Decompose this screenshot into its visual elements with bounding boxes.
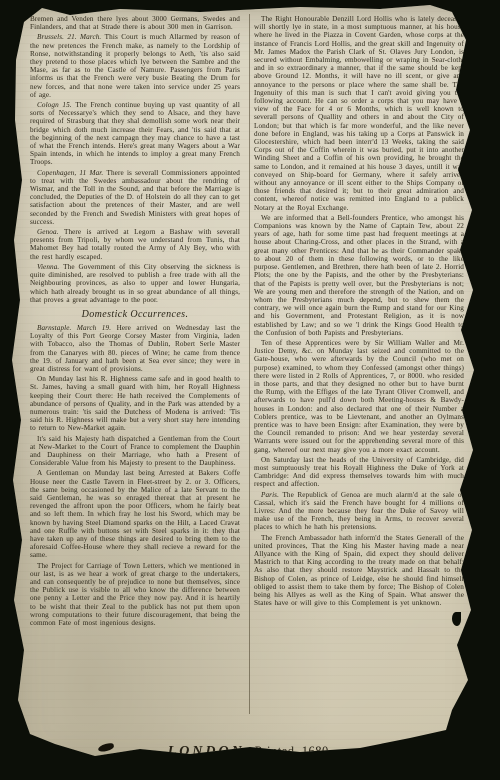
news-paragraph: Barnstaple. March 19. Here arrived on We…	[30, 324, 240, 373]
dateline: Copenhagen, 11 Mar.	[37, 169, 106, 177]
news-paragraph: We are informed that a Bell-founders Pre…	[254, 214, 464, 337]
news-paragraph: Bremen and Venden there lyes about 3000 …	[30, 15, 240, 31]
news-paragraph: On Saturday last the heads of the Univer…	[254, 456, 464, 489]
news-paragraph: Cologn 15. The French continue buying up…	[30, 101, 240, 167]
news-paragraph: The Project for Carriage of Town Letters…	[30, 562, 240, 628]
ink-blot	[97, 742, 114, 753]
dateline: Barnstaple. March 19.	[37, 324, 117, 332]
newspaper-page: Bremen and Venden there lyes about 3000 …	[0, 0, 500, 780]
dateline: Brussels. 21. March.	[37, 33, 105, 41]
torn-edge-notch	[452, 612, 461, 626]
dateline: Genoa.	[37, 228, 64, 236]
scanned-newspaper-1680: Bremen and Venden there lyes about 3000 …	[0, 0, 500, 780]
dateline: Vienna.	[37, 263, 63, 271]
news-paragraph: Ten of these Apprentices were by Sir Wil…	[254, 339, 464, 454]
news-paragraph: Paris. The Republick of Genoa are much a…	[254, 491, 464, 532]
right-column: The Right Honourable Denzill Lord Hollis…	[254, 15, 464, 720]
news-paragraph: Brussels. 21. March. This Court is much …	[30, 33, 240, 99]
dateline: Paris.	[261, 491, 282, 499]
news-paragraph: A Gentleman on Munday last being Arreste…	[30, 469, 240, 559]
imprint-rest: Printed, 1680.	[251, 744, 332, 758]
news-paragraph: Copenhagen, 11 Mar. There is severall Co…	[30, 169, 240, 226]
imprint-line: LONDON, Printed, 1680.	[168, 742, 333, 760]
news-paragraph: The French Ambassador hath inform'd the …	[254, 534, 464, 608]
imprint-city: LONDON,	[168, 744, 252, 759]
section-heading: Domestick Occurrences.	[30, 309, 240, 320]
dateline: Cologn 15.	[37, 101, 75, 109]
news-paragraph: Genoa. There is arrived at Legorn a Bash…	[30, 228, 240, 261]
page-content: Bremen and Venden there lyes about 3000 …	[30, 15, 464, 720]
news-paragraph: Vienna. The Government of this City obse…	[30, 263, 240, 304]
left-column: Bremen and Venden there lyes about 3000 …	[30, 15, 240, 720]
news-paragraph: On Munday last his R. Highness came safe…	[30, 375, 240, 432]
news-paragraph: The Right Honourable Denzill Lord Hollis…	[254, 15, 464, 212]
news-paragraph: It's said his Majesty hath dispatched a …	[30, 435, 240, 468]
